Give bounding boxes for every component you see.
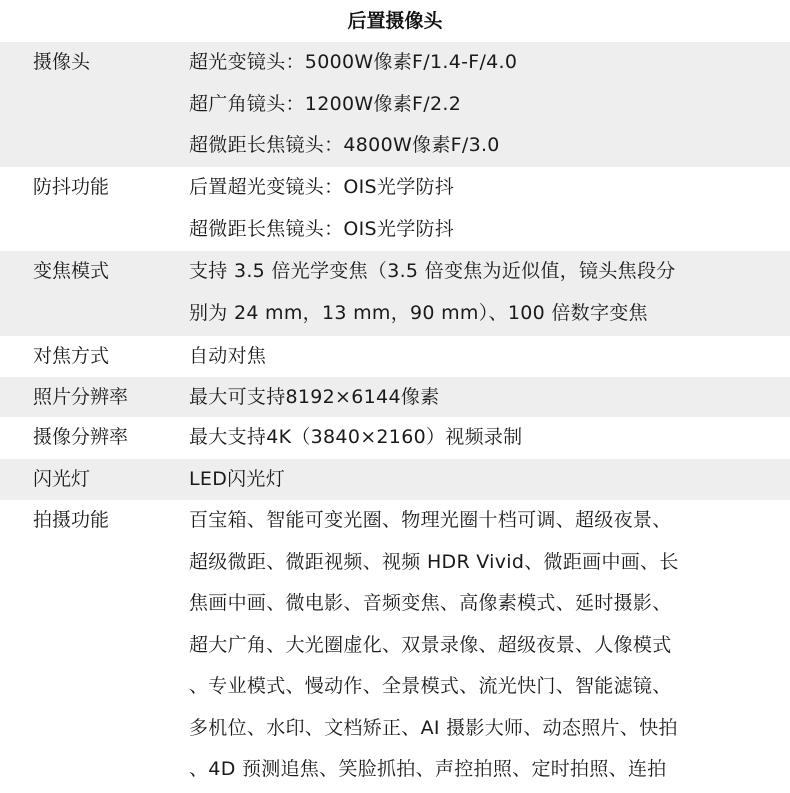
spec-value-line: LED闪光灯 (189, 459, 750, 501)
spec-value-line: 自动对焦 (189, 336, 750, 378)
spec-row-camera: 摄像头 超光变镜头：5000W像素F/1.4-F/4.0 超广角镜头：1200W… (0, 42, 790, 167)
spec-label: 闪光灯 (0, 459, 189, 501)
spec-values: 百宝箱、智能可变光圈、物理光圈十档可调、超级夜景、 超级微距、微距视频、视频 H… (189, 500, 790, 791)
spec-values: LED闪光灯 (189, 459, 790, 501)
spec-value-line: 超广角镜头：1200W像素F/2.2 (189, 84, 750, 126)
spec-label: 变焦模式 (0, 251, 189, 293)
spec-label: 摄像头 (0, 42, 189, 84)
spec-value-line: 多机位、水印、文档矫正、AI 摄影大师、动态照片、快拍 (189, 708, 750, 750)
spec-value-line: 超大广角、大光圈虚化、双景录像、超级夜景、人像模式 (189, 625, 750, 667)
spec-values: 超光变镜头：5000W像素F/1.4-F/4.0 超广角镜头：1200W像素F/… (189, 42, 790, 167)
spec-label: 防抖功能 (0, 167, 189, 209)
spec-label: 对焦方式 (0, 336, 189, 378)
spec-label: 拍摄功能 (0, 500, 189, 542)
spec-row-photo-resolution: 照片分辨率 最大可支持8192×6144像素 (0, 377, 790, 417)
spec-row-zoom-mode: 变焦模式 支持 3.5 倍光学变焦（3.5 倍变焦为近似值，镜头焦段分 别为 2… (0, 251, 790, 336)
spec-values: 最大支持4K（3840×2160）视频录制 (189, 417, 790, 459)
spec-label: 摄像分辨率 (0, 417, 189, 459)
spec-value-line: 超微距长焦镜头：OIS光学防抖 (189, 209, 750, 251)
section-title: 后置摄像头 (0, 0, 790, 42)
spec-value-line: 、专业模式、慢动作、全景模式、流光快门、智能滤镜、 (189, 666, 750, 708)
spec-values: 自动对焦 (189, 336, 790, 378)
spec-value-line: 百宝箱、智能可变光圈、物理光圈十档可调、超级夜景、 (189, 500, 750, 542)
spec-row-shooting-features: 拍摄功能 百宝箱、智能可变光圈、物理光圈十档可调、超级夜景、 超级微距、微距视频… (0, 500, 790, 793)
spec-label: 照片分辨率 (0, 377, 189, 419)
spec-value-line: 别为 24 mm，13 mm，90 mm）、100 倍数字变焦 (189, 293, 750, 335)
spec-row-video-resolution: 摄像分辨率 最大支持4K（3840×2160）视频录制 (0, 417, 790, 459)
spec-value-line: 最大支持4K（3840×2160）视频录制 (189, 417, 750, 459)
spec-row-stabilization: 防抖功能 后置超光变镜头：OIS光学防抖 超微距长焦镜头：OIS光学防抖 (0, 167, 790, 251)
spec-row-focus-mode: 对焦方式 自动对焦 (0, 336, 790, 377)
spec-value-line: 最大可支持8192×6144像素 (189, 377, 750, 419)
spec-values: 支持 3.5 倍光学变焦（3.5 倍变焦为近似值，镜头焦段分 别为 24 mm，… (189, 251, 790, 334)
spec-value-line: 焦画中画、微电影、音频变焦、高像素模式、延时摄影、 (189, 583, 750, 625)
spec-row-flash: 闪光灯 LED闪光灯 (0, 459, 790, 500)
spec-value-line: 支持 3.5 倍光学变焦（3.5 倍变焦为近似值，镜头焦段分 (189, 251, 750, 293)
spec-value-line: 超微距长焦镜头：4800W像素F/3.0 (189, 125, 750, 167)
spec-value-line: 、4D 预测追焦、笑脸抓拍、声控拍照、定时拍照、连拍 (189, 749, 750, 791)
spec-values: 后置超光变镜头：OIS光学防抖 超微距长焦镜头：OIS光学防抖 (189, 167, 790, 250)
spec-values: 最大可支持8192×6144像素 (189, 377, 790, 419)
spec-value-line: 超级微距、微距视频、视频 HDR Vivid、微距画中画、长 (189, 542, 750, 584)
spec-value-line: 后置超光变镜头：OIS光学防抖 (189, 167, 750, 209)
spec-table: 摄像头 超光变镜头：5000W像素F/1.4-F/4.0 超广角镜头：1200W… (0, 42, 790, 793)
spec-value-line: 超光变镜头：5000W像素F/1.4-F/4.0 (189, 42, 750, 84)
